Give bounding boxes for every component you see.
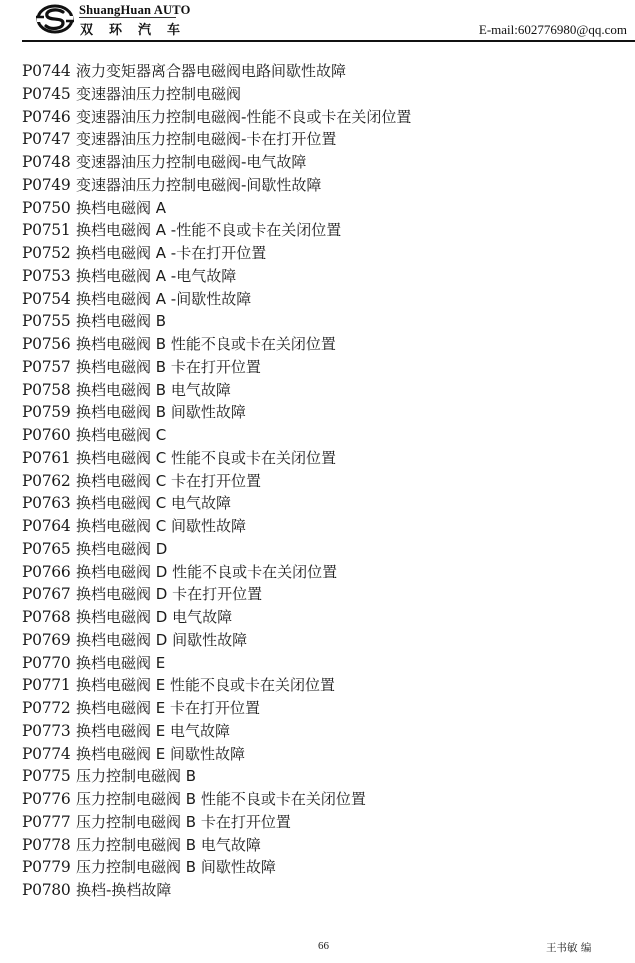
fault-code: P0767 [22, 583, 76, 606]
fault-description: 换档电磁阀 C 性能不良或卡在关闭位置 [76, 449, 336, 467]
fault-description: 变速器油压力控制电磁阀-卡在打开位置 [76, 130, 336, 148]
fault-code: P0750 [22, 197, 76, 220]
fault-code-row: P0772换档电磁阀 E 卡在打开位置 [22, 697, 411, 720]
fault-code: P0758 [22, 379, 76, 402]
fault-description: 压力控制电磁阀 B 间歇性故障 [76, 858, 276, 876]
fault-code: P0744 [22, 60, 76, 83]
fault-code-row: P0767换档电磁阀 D 卡在打开位置 [22, 583, 411, 606]
fault-code: P0746 [22, 106, 76, 129]
fault-description: 换档电磁阀 B 电气故障 [76, 381, 231, 399]
fault-description: 压力控制电磁阀 B 电气故障 [76, 836, 261, 854]
fault-description: 换档电磁阀 C 卡在打开位置 [76, 472, 261, 490]
fault-code: P0757 [22, 356, 76, 379]
fault-code: P0749 [22, 174, 76, 197]
fault-description: 变速器油压力控制电磁阀-电气故障 [76, 153, 306, 171]
fault-code: P0759 [22, 401, 76, 424]
fault-code-list: P0744液力变矩器离合器电磁阀电路间歇性故障P0745变速器油压力控制电磁阀P… [22, 60, 411, 902]
fault-description: 换档电磁阀 A -间歇性故障 [76, 290, 251, 308]
fault-code: P0760 [22, 424, 76, 447]
fault-code: P0765 [22, 538, 76, 561]
fault-code-row: P0769换档电磁阀 D 间歇性故障 [22, 629, 411, 652]
fault-code-row: P0758换档电磁阀 B 电气故障 [22, 379, 411, 402]
fault-code: P0756 [22, 333, 76, 356]
page-header: ShuangHuan AUTO 双环汽车 E-mail:602776980@qq… [0, 0, 635, 42]
fault-code-row: P0744液力变矩器离合器电磁阀电路间歇性故障 [22, 60, 411, 83]
fault-code: P0774 [22, 743, 76, 766]
fault-description: 换档电磁阀 A -卡在打开位置 [76, 244, 266, 262]
fault-code-row: P0773换档电磁阀 E 电气故障 [22, 720, 411, 743]
fault-code: P0780 [22, 879, 76, 902]
fault-code: P0764 [22, 515, 76, 538]
fault-code-row: P0771换档电磁阀 E 性能不良或卡在关闭位置 [22, 674, 411, 697]
page-number: 66 [318, 940, 329, 952]
fault-code: P0778 [22, 834, 76, 857]
fault-description: 换档-换档故障 [76, 881, 171, 899]
fault-description: 变速器油压力控制电磁阀-性能不良或卡在关闭位置 [76, 108, 411, 126]
fault-code-row: P0746变速器油压力控制电磁阀-性能不良或卡在关闭位置 [22, 106, 411, 129]
fault-code-row: P0757换档电磁阀 B 卡在打开位置 [22, 356, 411, 379]
fault-code: P0777 [22, 811, 76, 834]
fault-code: P0763 [22, 492, 76, 515]
fault-code-row: P0756换档电磁阀 B 性能不良或卡在关闭位置 [22, 333, 411, 356]
fault-code: P0770 [22, 652, 76, 675]
fault-code-row: P0763换档电磁阀 C 电气故障 [22, 492, 411, 515]
fault-description: 换档电磁阀 A -电气故障 [76, 267, 236, 285]
brand-name-english: ShuangHuan AUTO [79, 3, 191, 18]
fault-description: 换档电磁阀 B 卡在打开位置 [76, 358, 261, 376]
fault-description: 换档电磁阀 D 电气故障 [76, 608, 232, 626]
author-credit: 王书敏 编 [546, 940, 591, 955]
fault-code: P0747 [22, 128, 76, 151]
fault-description: 换档电磁阀 E 电气故障 [76, 722, 230, 740]
fault-code: P0752 [22, 242, 76, 265]
fault-code: P0779 [22, 856, 76, 879]
fault-code: P0775 [22, 765, 76, 788]
fault-code: P0766 [22, 561, 76, 584]
fault-description: 换档电磁阀 A -性能不良或卡在关闭位置 [76, 221, 341, 239]
fault-code-row: P0761换档电磁阀 C 性能不良或卡在关闭位置 [22, 447, 411, 470]
fault-code: P0761 [22, 447, 76, 470]
fault-code-row: P0749变速器油压力控制电磁阀-间歇性故障 [22, 174, 411, 197]
fault-code-row: P0751换档电磁阀 A -性能不良或卡在关闭位置 [22, 219, 411, 242]
fault-code: P0755 [22, 310, 76, 333]
fault-code-row: P0766换档电磁阀 D 性能不良或卡在关闭位置 [22, 561, 411, 584]
fault-code-row: P0779压力控制电磁阀 B 间歇性故障 [22, 856, 411, 879]
brand-name-chinese: 双环汽车 [80, 19, 196, 38]
fault-description: 换档电磁阀 E 性能不良或卡在关闭位置 [76, 676, 335, 694]
fault-code: P0748 [22, 151, 76, 174]
fault-code-row: P0760换档电磁阀 C [22, 424, 411, 447]
fault-description: 换档电磁阀 C [76, 426, 166, 444]
fault-code: P0768 [22, 606, 76, 629]
fault-description: 换档电磁阀 D [76, 540, 167, 558]
fault-code: P0776 [22, 788, 76, 811]
fault-description: 换档电磁阀 E [76, 654, 165, 672]
fault-description: 换档电磁阀 C 间歇性故障 [76, 517, 246, 535]
fault-code: P0772 [22, 697, 76, 720]
fault-code-row: P0776压力控制电磁阀 B 性能不良或卡在关闭位置 [22, 788, 411, 811]
fault-code-row: P0768换档电磁阀 D 电气故障 [22, 606, 411, 629]
contact-email: E-mail:602776980@qq.com [479, 22, 627, 38]
fault-code: P0754 [22, 288, 76, 311]
fault-code-row: P0759换档电磁阀 B 间歇性故障 [22, 401, 411, 424]
fault-description: 换档电磁阀 C 电气故障 [76, 494, 231, 512]
fault-code-row: P0745变速器油压力控制电磁阀 [22, 83, 411, 106]
fault-code-row: P0765换档电磁阀 D [22, 538, 411, 561]
fault-description: 换档电磁阀 B [76, 312, 166, 330]
fault-description: 压力控制电磁阀 B [76, 767, 196, 785]
fault-code: P0762 [22, 470, 76, 493]
shuanghuan-logo-icon [35, 3, 75, 35]
fault-code-row: P0770换档电磁阀 E [22, 652, 411, 675]
brand-underline [79, 17, 176, 18]
fault-code-row: P0747变速器油压力控制电磁阀-卡在打开位置 [22, 128, 411, 151]
fault-code-row: P0754换档电磁阀 A -间歇性故障 [22, 288, 411, 311]
fault-description: 压力控制电磁阀 B 性能不良或卡在关闭位置 [76, 790, 366, 808]
fault-description: 换档电磁阀 D 间歇性故障 [76, 631, 247, 649]
fault-description: 换档电磁阀 D 性能不良或卡在关闭位置 [76, 563, 337, 581]
fault-code-row: P0764换档电磁阀 C 间歇性故障 [22, 515, 411, 538]
fault-code-row: P0775压力控制电磁阀 B [22, 765, 411, 788]
fault-code: P0753 [22, 265, 76, 288]
fault-code: P0773 [22, 720, 76, 743]
fault-description: 变速器油压力控制电磁阀-间歇性故障 [76, 176, 321, 194]
fault-code-row: P0752换档电磁阀 A -卡在打开位置 [22, 242, 411, 265]
fault-description: 液力变矩器离合器电磁阀电路间歇性故障 [76, 62, 346, 80]
fault-description: 换档电磁阀 B 间歇性故障 [76, 403, 246, 421]
fault-description: 换档电磁阀 D 卡在打开位置 [76, 585, 262, 603]
fault-code-row: P0755换档电磁阀 B [22, 310, 411, 333]
fault-code-row: P0777压力控制电磁阀 B 卡在打开位置 [22, 811, 411, 834]
fault-description: 压力控制电磁阀 B 卡在打开位置 [76, 813, 291, 831]
fault-code-row: P0774换档电磁阀 E 间歇性故障 [22, 743, 411, 766]
fault-description: 换档电磁阀 E 间歇性故障 [76, 745, 245, 763]
fault-description: 换档电磁阀 A [76, 199, 166, 217]
fault-description: 变速器油压力控制电磁阀 [76, 85, 241, 103]
header-divider [22, 40, 635, 42]
fault-code-row: P0778压力控制电磁阀 B 电气故障 [22, 834, 411, 857]
fault-description: 换档电磁阀 E 卡在打开位置 [76, 699, 260, 717]
fault-code-row: P0750换档电磁阀 A [22, 197, 411, 220]
fault-code-row: P0753换档电磁阀 A -电气故障 [22, 265, 411, 288]
fault-code-row: P0780换档-换档故障 [22, 879, 411, 902]
fault-code: P0745 [22, 83, 76, 106]
fault-code-row: P0748变速器油压力控制电磁阀-电气故障 [22, 151, 411, 174]
fault-description: 换档电磁阀 B 性能不良或卡在关闭位置 [76, 335, 336, 353]
fault-code: P0771 [22, 674, 76, 697]
fault-code: P0769 [22, 629, 76, 652]
fault-code: P0751 [22, 219, 76, 242]
fault-code-row: P0762换档电磁阀 C 卡在打开位置 [22, 470, 411, 493]
